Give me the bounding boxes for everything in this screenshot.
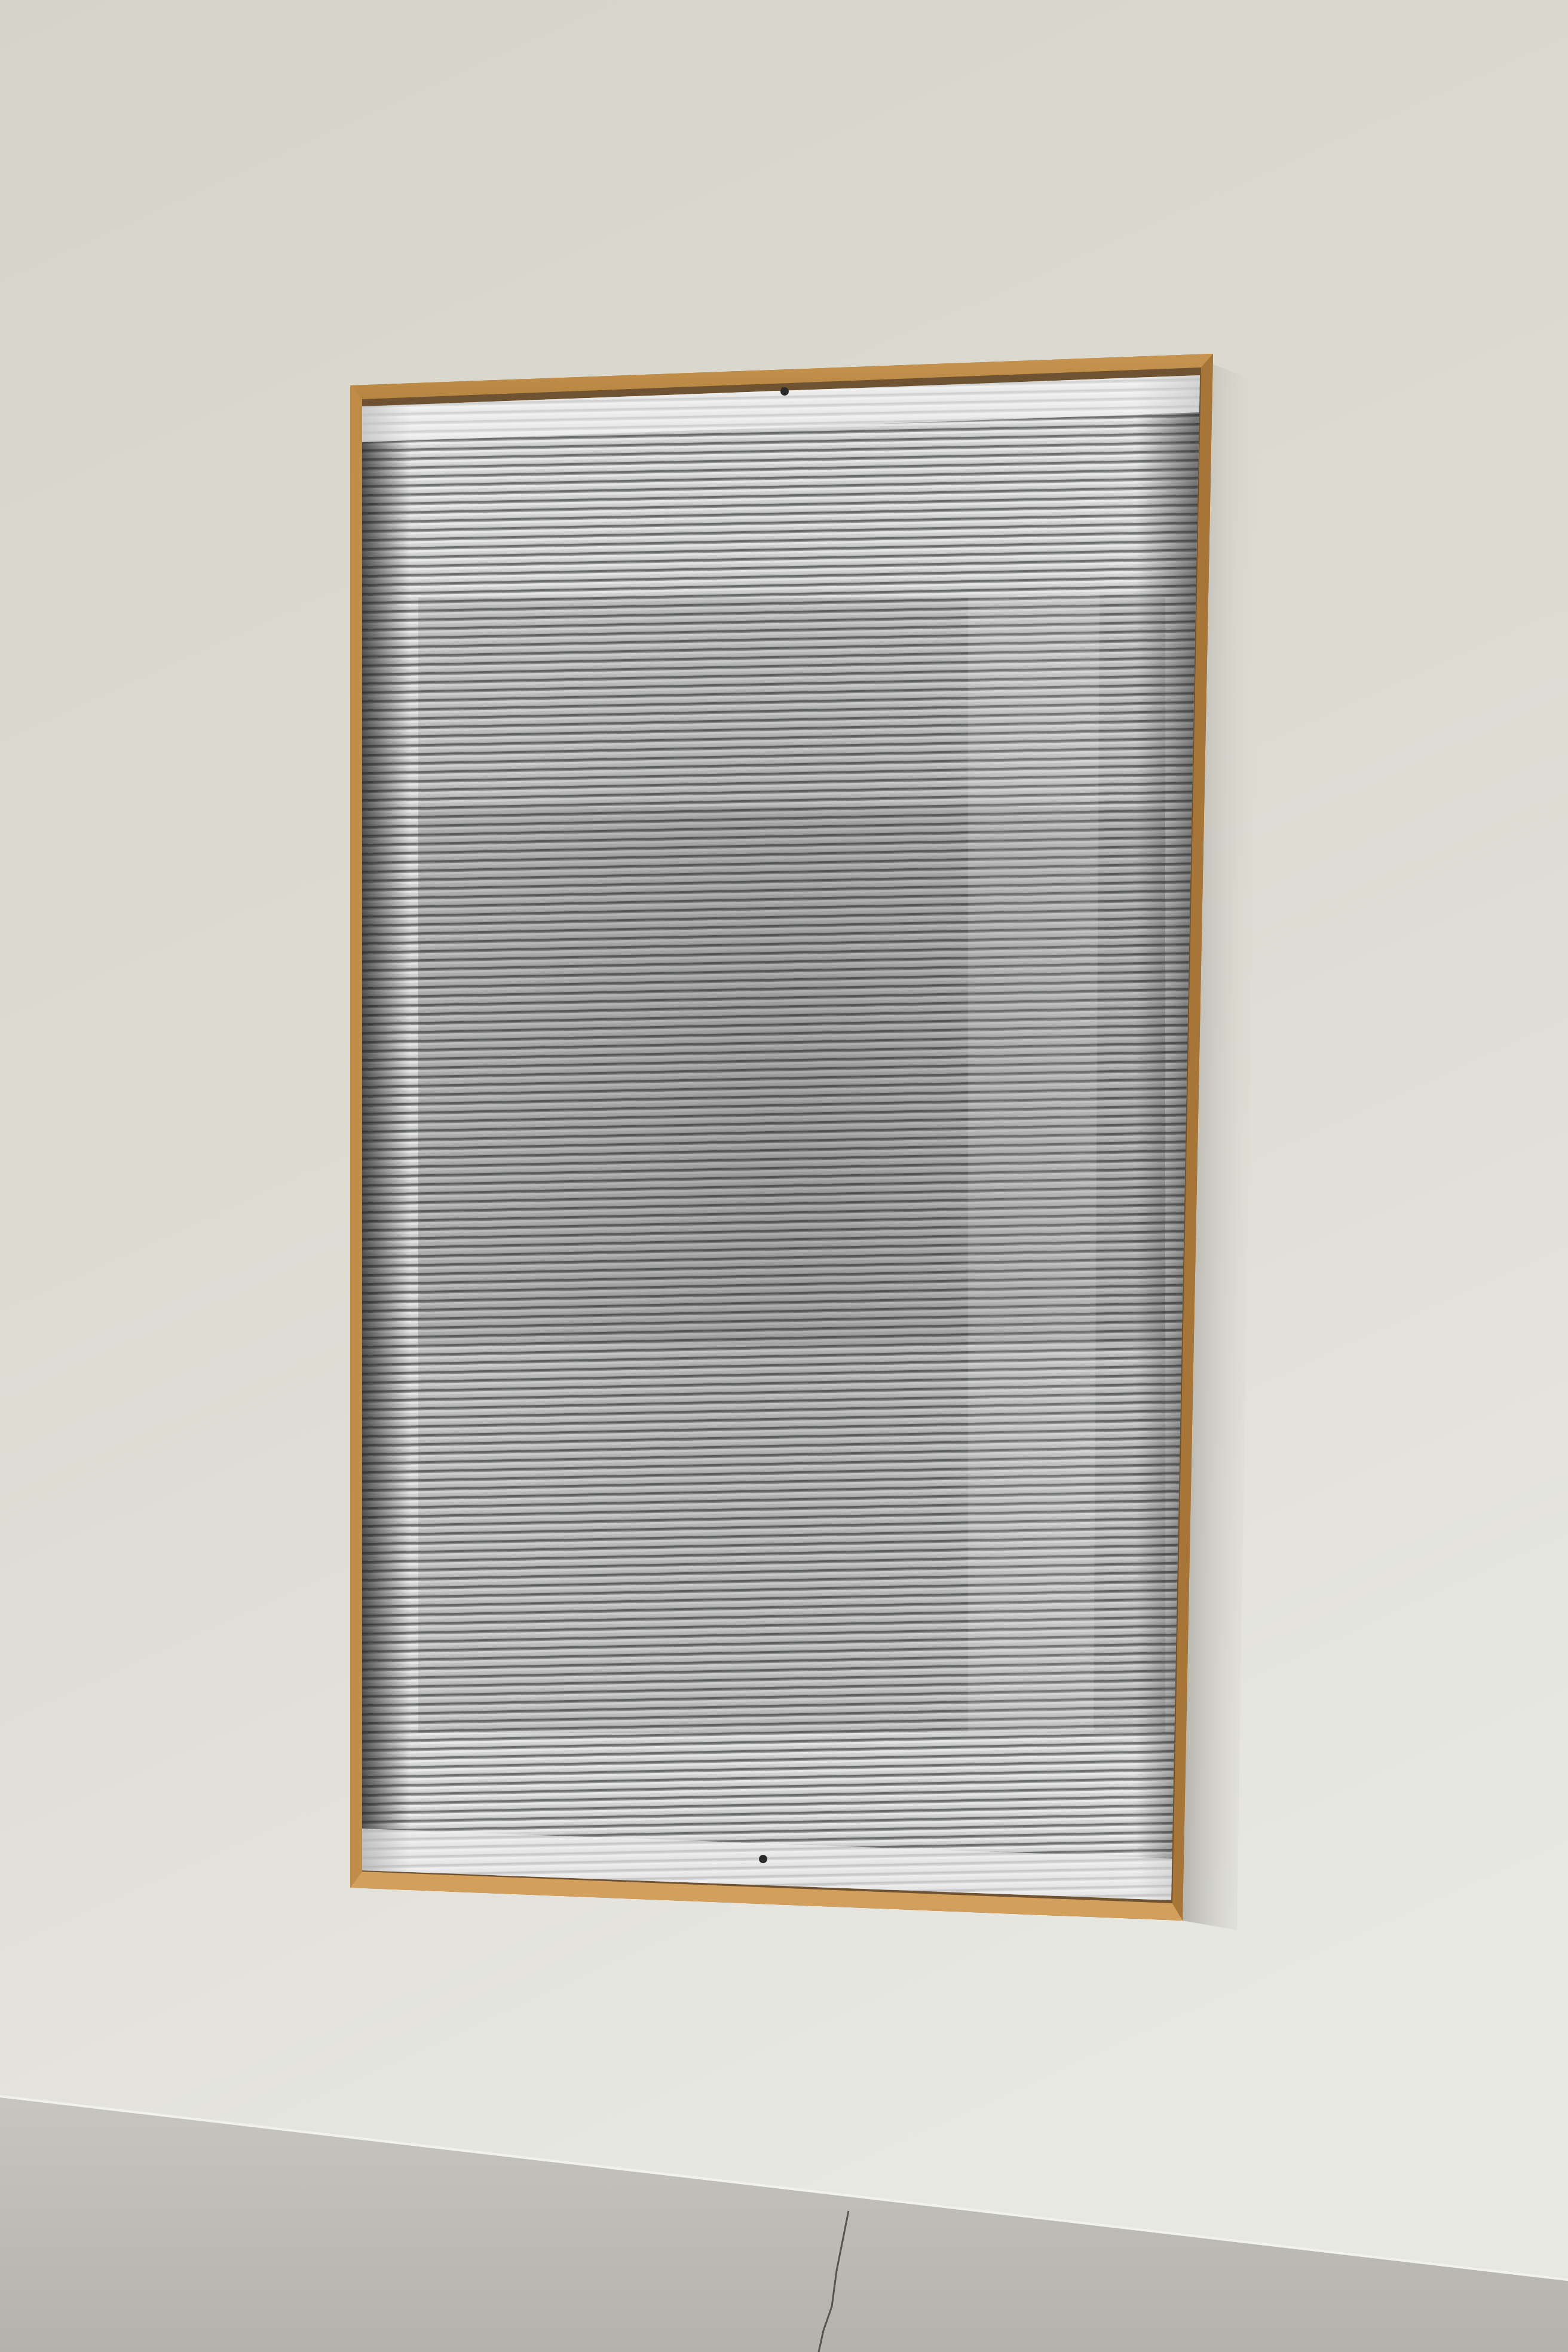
bottom-screw [759, 1855, 767, 1863]
gallery-photo [0, 0, 1568, 2352]
ribbed-artwork-panel [359, 345, 1207, 1917]
frame-left-rail [350, 385, 362, 1888]
top-screw [780, 387, 789, 396]
photo-canvas [0, 0, 1568, 2352]
